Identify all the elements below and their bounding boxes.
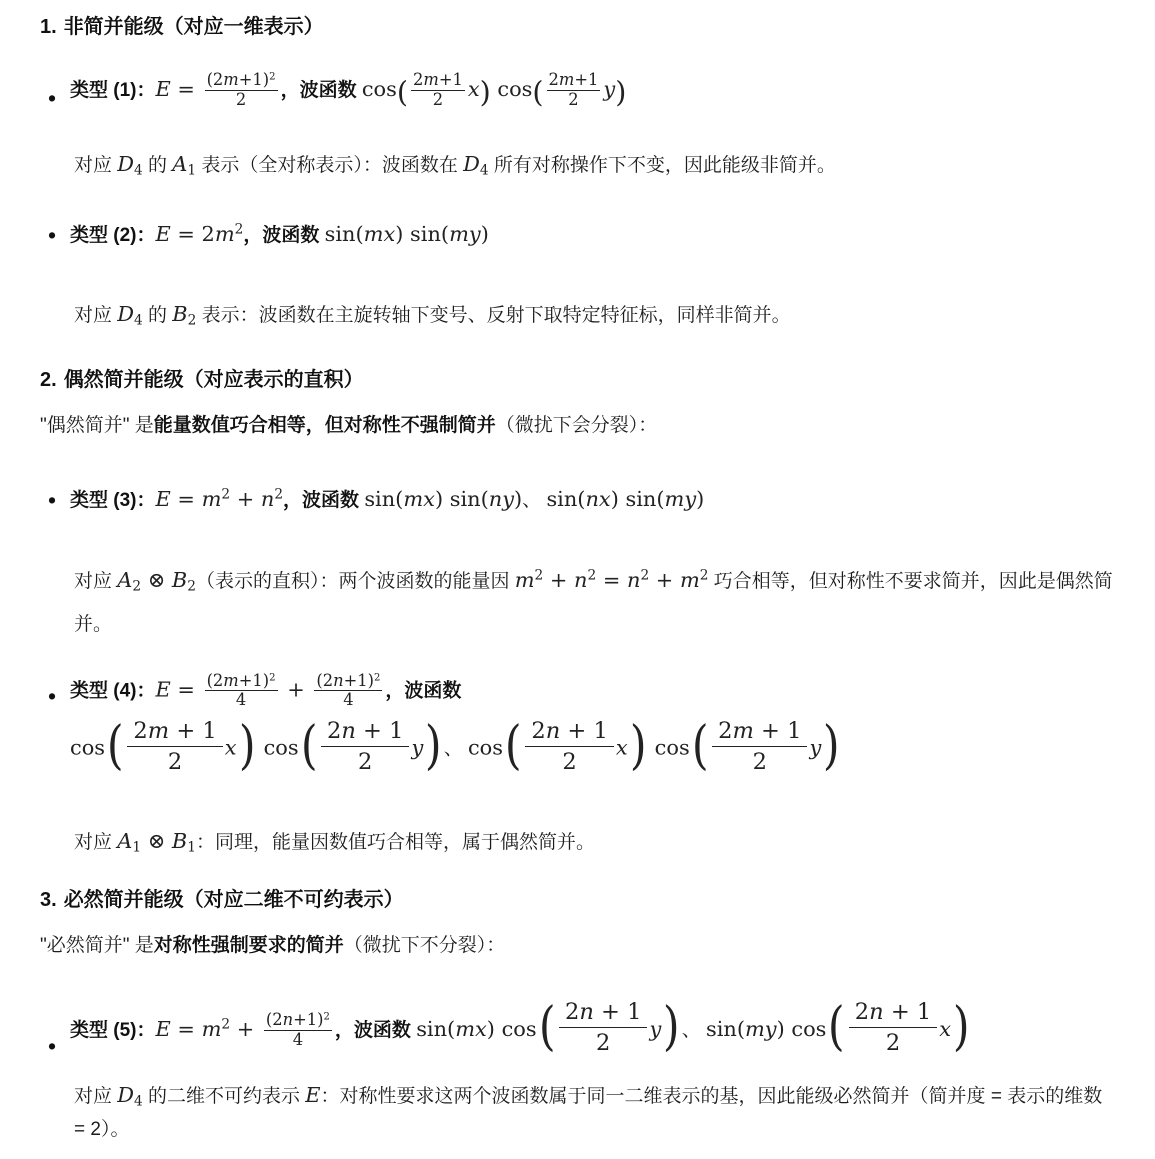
section-title: 偶然简并能级（对应表示的直积）: [64, 369, 364, 391]
bullet-item-type-1: 类型 (1)：E = (2m+1)22，波函数 cos(2m+12x) cos(…: [40, 71, 1115, 109]
fraction: 2m + 12: [127, 717, 222, 776]
section-number: 1.: [40, 16, 57, 38]
fraction: (2m+1)24: [205, 672, 278, 710]
fraction: (2m+1)22: [205, 71, 278, 109]
formula-type-4-label: 类型 (4)：E = (2m+1)24 + (2n+1)24，波函数: [70, 672, 1115, 710]
section-heading-1: 1.非简并能级（对应一维表示）: [40, 14, 1115, 41]
section-title: 必然简并能级（对应二维不可约表示）: [64, 889, 404, 911]
fraction: (2n+1)24: [314, 672, 382, 710]
fraction: 2m + 12: [712, 717, 807, 776]
paragraph-a1-representation: 对应 D4 的 A1 表示（全对称表示）：波函数在 D4 所有对称操作下不变，因…: [40, 149, 1115, 181]
fraction: 2m+12: [411, 71, 465, 109]
section-number: 2.: [40, 369, 57, 391]
fraction: 2n + 12: [525, 717, 614, 776]
document-body: 1.非简并能级（对应一维表示） 类型 (1)：E = (2m+1)22，波函数 …: [0, 0, 1155, 1146]
paragraph-necessary-degeneracy-intro: "必然简并" 是对称性强制要求的简并（微扰下不分裂）：: [40, 932, 1115, 961]
bullet-item-type-2: 类型 (2)：E = 2m2，波函数 sin(mx) sin(my): [40, 219, 1115, 251]
fraction: 2m+12: [547, 71, 601, 109]
formula-type-5: 类型 (5)：E = m2 + (2n+1)24，波函数 sin(mx) cos…: [70, 1020, 971, 1041]
section-title: 非简并能级（对应一维表示）: [64, 16, 324, 38]
section-heading-2: 2.偶然简并能级（对应表示的直积）: [40, 367, 1115, 394]
fraction: 2n + 12: [559, 998, 648, 1057]
section-heading-3: 3.必然简并能级（对应二维不可约表示）: [40, 887, 1115, 914]
paragraph-e-representation: 对应 D4 的二维不可约表示 E：对称性要求这两个波函数属于同一二维表示的基，因…: [40, 1078, 1115, 1146]
formula-type-2: 类型 (2)：E = 2m2，波函数 sin(mx) sin(my): [70, 225, 489, 246]
paragraph-a2-b2-direct-product: 对应 A2 ⊗ B2（表示的直积）：两个波函数的能量因 m2 + n2 = n2…: [40, 558, 1115, 646]
fraction: (2n+1)24: [264, 1011, 332, 1049]
section-number: 3.: [40, 889, 57, 911]
bullet-item-type-4: 类型 (4)：E = (2m+1)24 + (2n+1)24，波函数 cos(2…: [40, 672, 1115, 780]
bullet-item-type-5: 类型 (5)：E = m2 + (2n+1)24，波函数 sin(mx) cos…: [40, 1001, 1115, 1060]
formula-type-1: 类型 (1)：E = (2m+1)22，波函数 cos(2m+12x) cos(…: [70, 80, 626, 101]
bullet-item-type-3: 类型 (3)：E = m2 + n2，波函数 sin(mx) sin(ny)、 …: [40, 484, 1115, 516]
fraction: 2n + 12: [849, 998, 938, 1057]
formula-type-4-display: cos(2m + 12x) cos(2n + 12y)、 cos(2n + 12…: [70, 720, 1115, 779]
fraction: 2n + 12: [321, 717, 410, 776]
formula-type-3: 类型 (3)：E = m2 + n2，波函数 sin(mx) sin(ny)、 …: [70, 490, 704, 511]
paragraph-a1-b1-direct-product: 对应 A1 ⊗ B1：同理，能量因数值巧合相等，属于偶然简并。: [40, 826, 1115, 858]
paragraph-accidental-degeneracy-intro: "偶然简并" 是能量数值巧合相等，但对称性不强制简并（微扰下会分裂）：: [40, 412, 1115, 441]
document-page: { "page": { "background": "#ffffff", "te…: [0, 0, 1155, 1159]
paragraph-b2-representation: 对应 D4 的 B2 表示：波函数在主旋转轴下变号、反射下取特定特征标，同样非简…: [40, 299, 1115, 331]
